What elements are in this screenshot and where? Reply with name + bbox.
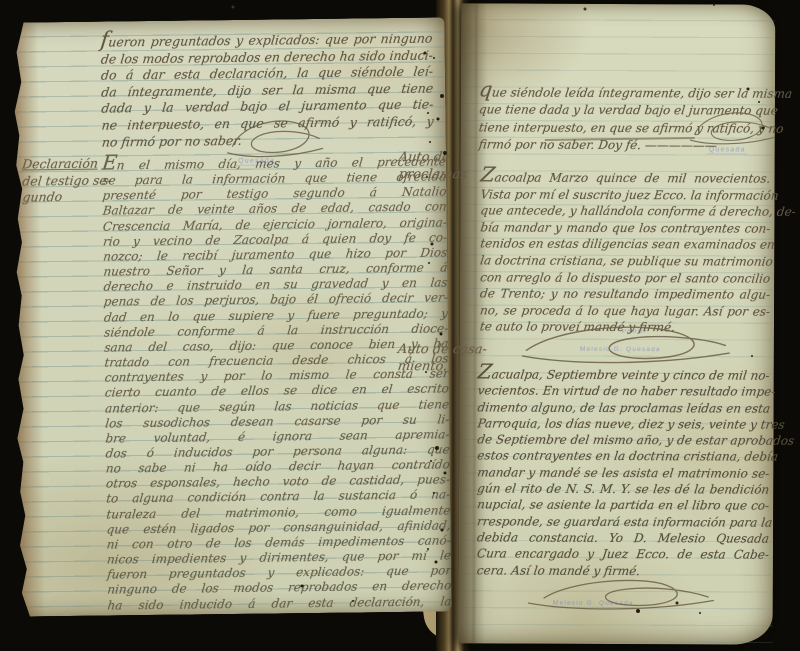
- handwritten-line: no, se proceda á lo que haya lugar. Así …: [479, 302, 771, 320]
- handwritten-line: Auto de casa-: [397, 341, 479, 358]
- margin-note-auto-proclamas: Auto deproclamas: [399, 149, 469, 183]
- handwritten-line: gundo: [22, 189, 108, 207]
- handwritten-line: Vista por mí el suscrito juez Ecco. la i…: [480, 186, 772, 204]
- handwritten-line: estos contrayentes en la doctrina cristi…: [476, 448, 770, 466]
- handwritten-line: mandar y mandé se les asista el matrimon…: [476, 464, 770, 482]
- handwritten-line: de Trento; y no resultando impedimento a…: [479, 286, 771, 304]
- paragraph-auto-proclamas: Zacoalpa Marzo quince de mil novecientos…: [480, 166, 771, 336]
- handwritten-line: Declaración: [21, 156, 107, 174]
- left-page: fueron preguntados y explicados: que por…: [12, 17, 451, 616]
- handwritten-line: Cura encargado y Juez Ecco. de esta Cabe…: [476, 546, 770, 564]
- handwritten-line: miento.: [397, 358, 479, 375]
- handwritten-line: dimento alguno, de las proclamas leídas …: [477, 399, 771, 417]
- signature-rubric: [527, 572, 717, 617]
- manuscript-spread: fueron preguntados y explicados: que por…: [0, 0, 800, 651]
- handwritten-line: proclamas: [398, 166, 470, 183]
- right-page: que siéndole leída íntegramente, dijo se…: [459, 3, 776, 644]
- handwritten-line: de Septiembre del mismo año, y de estar …: [476, 432, 770, 450]
- handwritten-line: bía mandar y mando que los contrayentes …: [479, 219, 771, 237]
- handwritten-line: tenidos en estas diligencias sean examin…: [479, 236, 771, 254]
- handwritten-line: nupcial, se asiente la partida en el lib…: [476, 497, 770, 515]
- handwritten-line: la doctrina cristiana, se publique su ma…: [479, 252, 771, 270]
- handwritten-line: Parroquia, los días nueve, diez y seis, …: [477, 415, 771, 433]
- handwritten-line: del testigo se-: [21, 172, 107, 190]
- handwritten-line: Auto de: [398, 149, 470, 166]
- handwritten-line: vecientos. En virtud de no haber resulta…: [477, 383, 771, 401]
- paragraph-declaracion-testigo: En el mismo día, mes y año el precedente…: [102, 150, 452, 613]
- signature-rubric: [225, 111, 326, 167]
- foxing-specks: [0, 0, 2, 2]
- paragraph-auto-casamiento: Zacualpa, Septiembre veinte y cinco de m…: [477, 363, 770, 579]
- signature-rubric: [689, 102, 777, 154]
- signature-rubric: [518, 322, 734, 367]
- margin-note-testigo-segundo: Declaracióndel testigo se-gundo: [22, 156, 107, 207]
- handwritten-line: Zacoalpa Marzo quince de mil novecientos…: [479, 166, 771, 187]
- handwritten-line: que siéndole leída íntegramente, dijo se…: [478, 81, 769, 103]
- margin-note-auto-casamiento: Auto de casa-miento.: [398, 341, 478, 375]
- handwritten-line: rresponde, se guardará esta información …: [476, 513, 770, 531]
- handwritten-line: debida constancia. Yo D. Melesio Quesada: [476, 529, 770, 547]
- handwritten-line: gún el rito de N. S. M. Y. se les dé la …: [476, 480, 770, 498]
- handwritten-line: que antecede, y hallándola conforme á de…: [479, 203, 771, 221]
- handwritten-line: con arreglo á lo dispuesto por el santo …: [479, 269, 771, 287]
